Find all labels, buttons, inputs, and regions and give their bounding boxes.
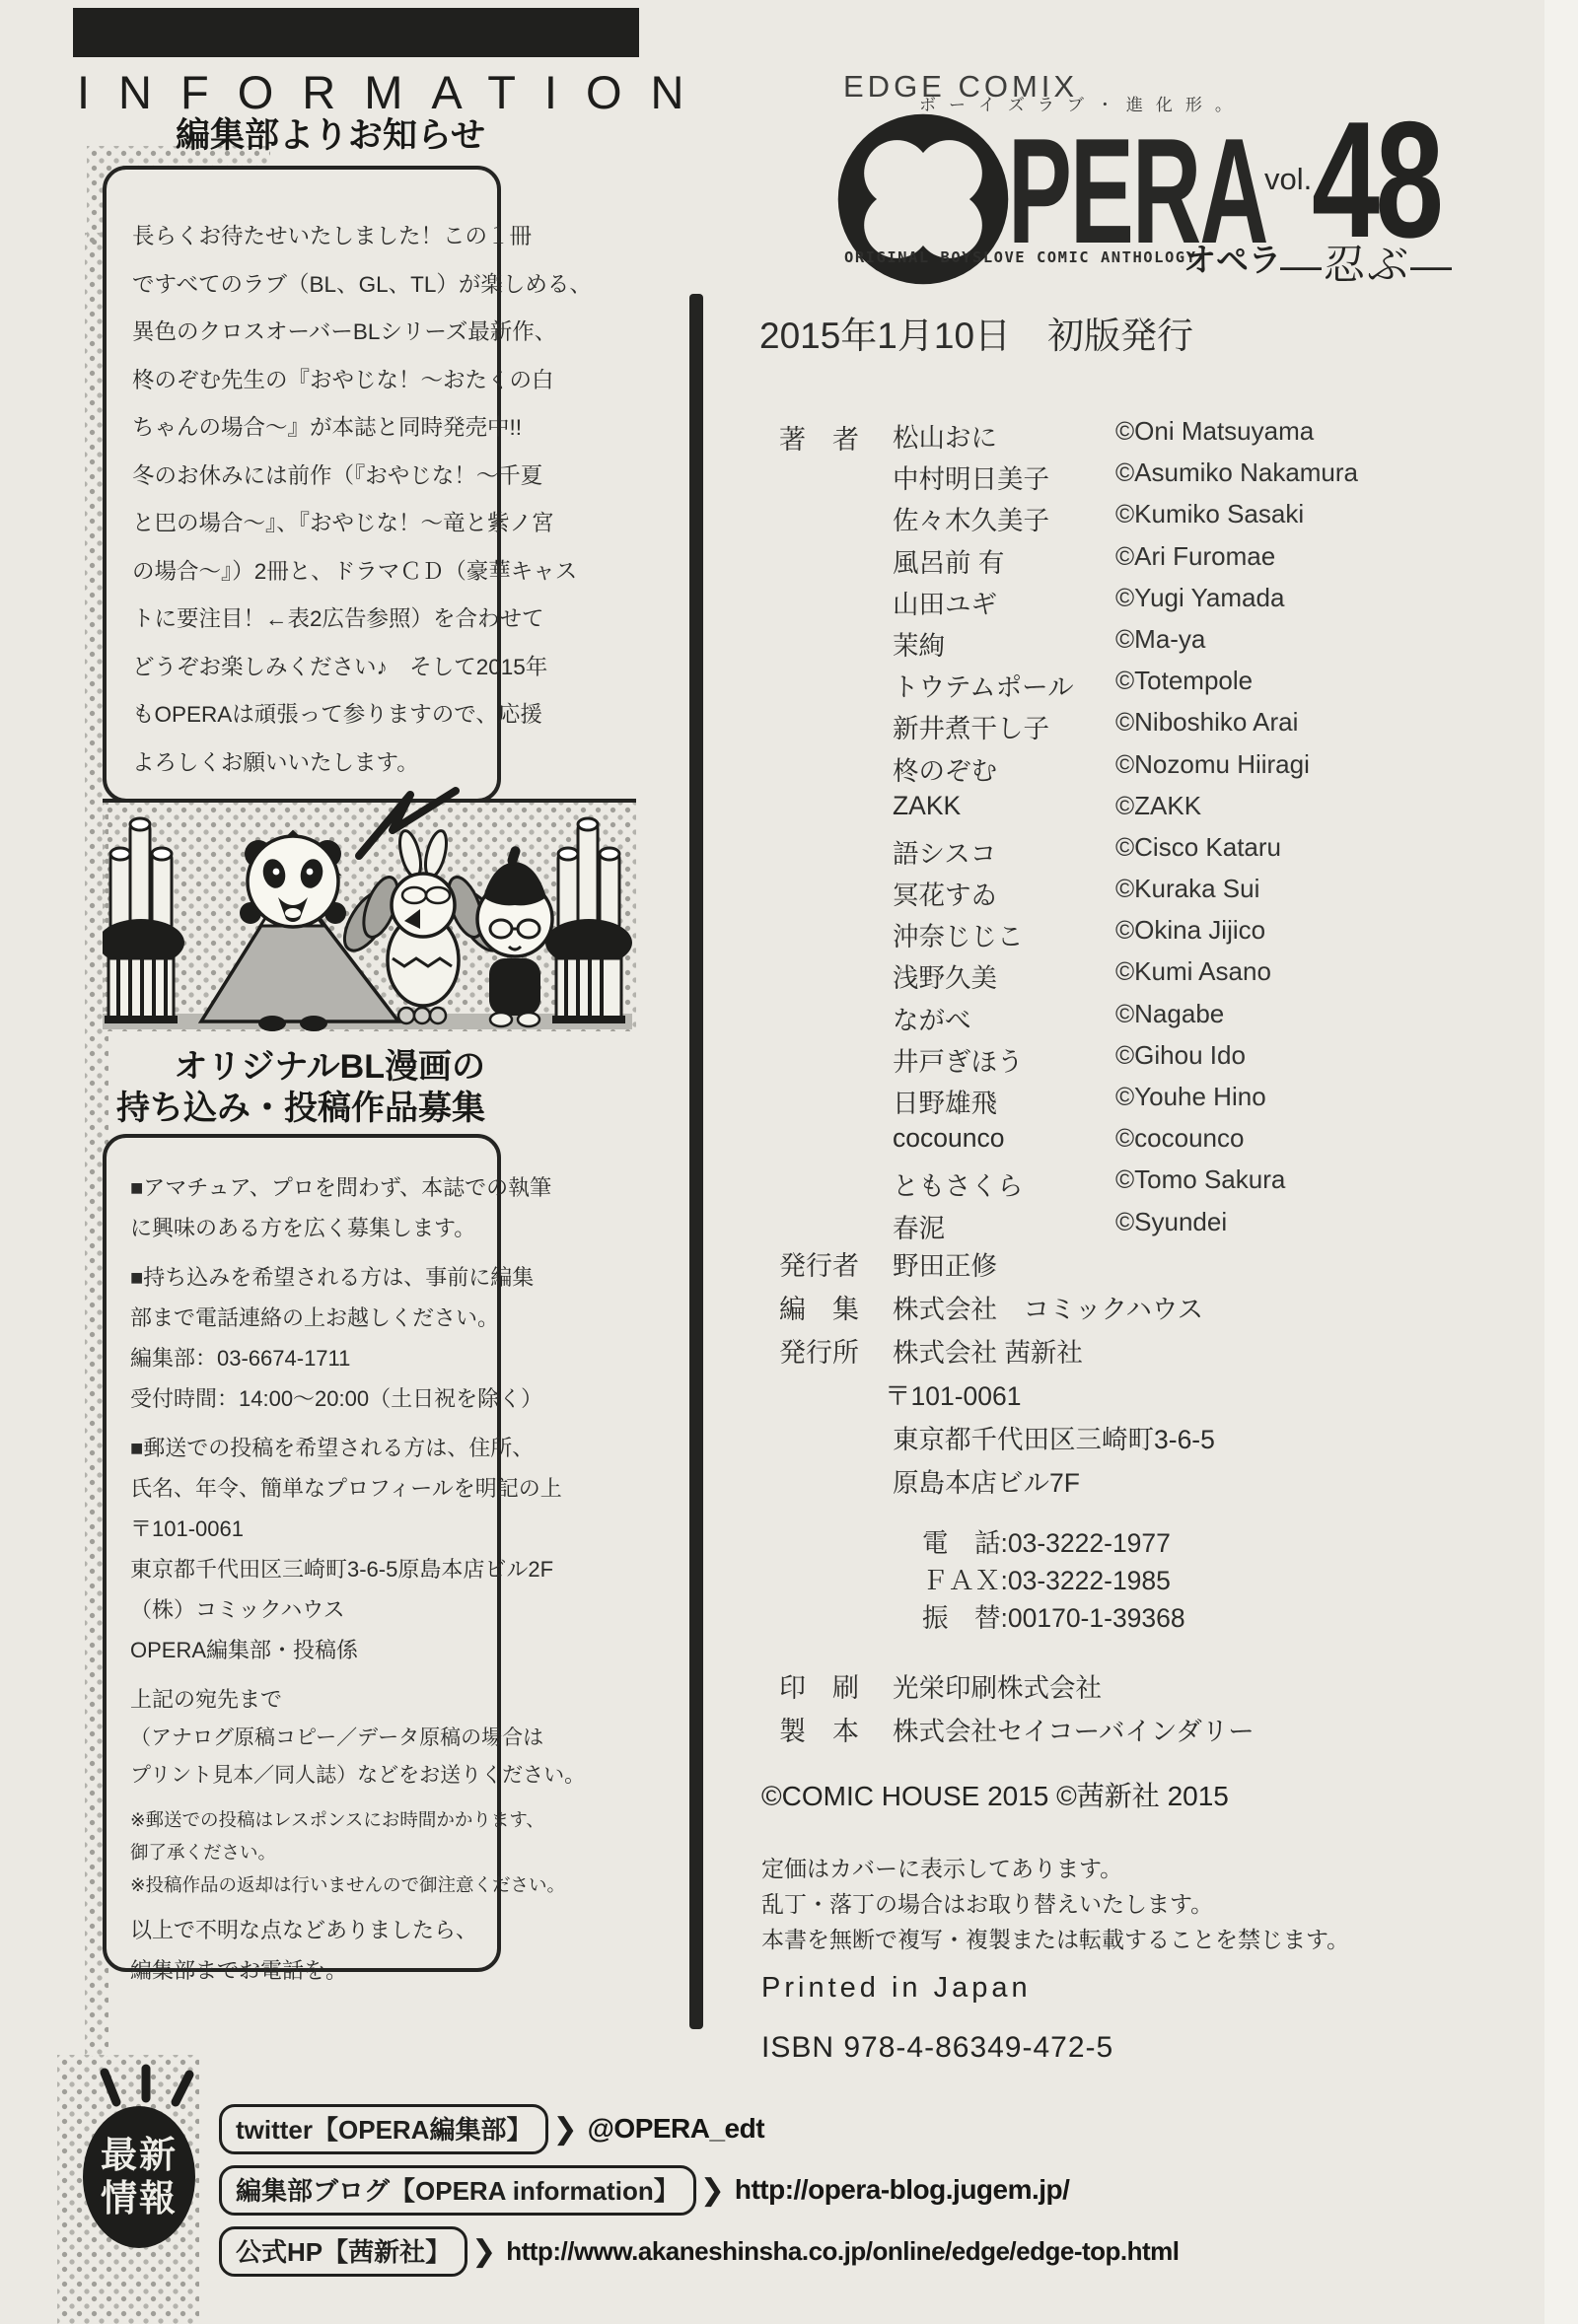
recruit-line: ■郵送での投稿を希望される方は、住所、 [130,1428,483,1468]
notice-line: と巴の場合～』、『おやじな！～竜と紫ノ宮 [132,500,481,548]
author-credit: ©Cisco Kataru [1115,832,1281,863]
publisher-name: 野田正修 [893,1244,997,1283]
notice-line: 長らくお待たせいたしました！この１冊 [132,213,481,261]
recruit-line: 編集部：03-6674-1711 [130,1338,483,1378]
author-name: 井戸ぎほう [893,1040,1115,1079]
author-name: 山田ユギ [893,583,1115,621]
footer-links: twitter【OPERA編集部】 @OPERA_edt 編集部ブログ【OPER… [219,2100,1180,2280]
author-row: 佐々木久美子©Kumiko Sasaki [893,499,1484,540]
author-credit: ©Niboshiko Arai [1115,707,1298,738]
author-credit: ©Kuraka Sui [1115,874,1259,904]
author-row: ZAKK©ZAKK [893,791,1484,832]
author-name: 語シスコ [893,832,1115,871]
binding-label: 製 本 [779,1710,859,1748]
speech-tail [353,785,481,864]
giro-number: 振 替:00170-1-39368 [922,1596,1185,1635]
author-name: ながべ [893,999,1115,1037]
authors-list: 松山おに©Oni Matsuyama 中村明日美子©Asumiko Nakamu… [893,416,1484,1248]
latest-info-badge: 最新 情報 [83,2106,195,2248]
author-name: 冥花すゐ [893,874,1115,912]
recruit-line: 編集部までお電話を。 [130,1950,483,1991]
author-row: 柊のぞむ©Nozomu Hiiragi [893,749,1484,791]
recruit-line: 部まで電話連絡の上お越しください。 [130,1298,483,1338]
author-credit: ©Totempole [1115,666,1253,696]
author-row: 日野雄飛©Youhe Hino [893,1082,1484,1123]
author-name: 松山おに [893,416,1115,455]
author-credit: ©Asumiko Nakamura [1115,458,1358,488]
notice-line: ですべてのラブ（BL、GL、TL）が楽しめる、 [132,261,481,310]
arrow-icon [552,2112,577,2147]
author-credit: ©Tomo Sakura [1115,1164,1285,1195]
phone-number: 電 話:03-3222-1977 [922,1521,1171,1560]
issuer-postal: 〒101-0061 [885,1374,1022,1413]
author-row: トウテムポール©Totempole [893,666,1484,707]
author-name: cocounco [893,1123,1115,1154]
blog-row: 編集部ブログ【OPERA information】 http://opera-b… [219,2161,1180,2218]
notice-line: よろしくお願いいたします。 [132,739,481,788]
burst-icon [95,2063,203,2110]
opera-kana: オペラ [1183,235,1281,281]
arrow-icon [471,2234,496,2269]
author-credit: ©Kumi Asano [1115,956,1271,987]
printing-name: 光栄印刷株式会社 [893,1666,1102,1705]
notice-line: 冬のお休みには前作（『おやじな！～千夏 [132,453,481,501]
legal-line-2: 乱丁・落丁の場合はお取り替えいたします。 [761,1886,1213,1919]
notice-line: 異色のクロスオーバーBLシリーズ最新作、 [132,309,481,357]
author-row: 新井煮干し子©Niboshiko Arai [893,707,1484,748]
recruit-line: 受付時間：14:00～20:00（土日祝を除く） [130,1378,483,1419]
kadomatsu-left [103,818,184,1023]
recruit-line: プリント見本／同人誌）などをお送りください。 [130,1757,483,1795]
recruit-line: （株）コミックハウス [130,1589,483,1630]
author-row: 中村明日美子©Asumiko Nakamura [893,458,1484,499]
top-black-bar [73,8,639,57]
column-divider [689,294,703,2029]
blog-label: 編集部ブログ【OPERA information】 [219,2165,696,2216]
anthology-tagline: ORIGINAL BOYSLOVE COMIC ANTHOLOGY [844,248,1196,266]
author-credit: ©Nagabe [1115,999,1224,1029]
author-name: 春泥 [893,1207,1115,1245]
author-name: ともさくら [893,1164,1115,1203]
colophon-page: INFORMATION 編集部よりお知らせ 長らくお待たせいたしました！この１冊… [0,0,1578,2324]
recruit-line: ※投稿作品の返却は行いませんので御注意ください。 [130,1868,483,1901]
author-row: 沖奈じじこ©Okina Jijico [893,915,1484,956]
author-credit: ©Oni Matsuyama [1115,416,1314,447]
printing-label: 印 刷 [779,1666,859,1705]
author-row: ながべ©Nagabe [893,999,1484,1040]
printed-in-japan: Printed in Japan [761,1972,1032,2005]
author-name: 日野雄飛 [893,1082,1115,1120]
badge-line-2: 情報 [101,2177,178,2220]
editing-name: 株式会社 コミックハウス [893,1288,1203,1326]
isbn: ISBN 978-4-86349-472-5 [761,2031,1113,2065]
author-row: ともさくら©Tomo Sakura [893,1164,1484,1206]
author-row: 冥花すゐ©Kuraka Sui [893,874,1484,915]
twitter-row: twitter【OPERA編集部】 @OPERA_edt [219,2100,1180,2157]
recruit-line: に興味のある方を広く募集します。 [130,1208,483,1248]
author-name: 中村明日美子 [893,458,1115,496]
eggplant-mascot [477,845,552,1026]
author-name: 茉絢 [893,624,1115,663]
author-credit: ©Youhe Hino [1115,1082,1266,1112]
issuer-address-2: 原島本店ビル7F [893,1461,1080,1500]
author-credit: ©Gihou Ido [1115,1040,1246,1071]
author-credit: ©ZAKK [1115,791,1201,821]
author-row: 山田ユギ©Yugi Yamada [893,583,1484,624]
author-row: 井戸ぎほう©Gihou Ido [893,1040,1484,1082]
recruit-title-line2: 持ち込み・投稿作品募集 [99,1081,485,1129]
twitter-label: twitter【OPERA編集部】 [219,2104,548,2154]
author-credit: ©cocounco [1115,1123,1244,1154]
recruit-line: ■アマチュア、プロを問わず、本誌での執筆 [130,1167,483,1208]
recruit-line: 御了承ください。 [130,1836,483,1868]
issuer-name: 株式会社 茜新社 [893,1331,1083,1370]
author-name: 風呂前 有 [893,541,1115,580]
notice-line: もOPERAは頑張って参りますので、応援 [132,691,481,739]
scan-edge [1544,0,1578,2324]
recruit-line: ■持ち込みを希望される方は、事前に編集 [130,1257,483,1298]
author-credit: ©Yugi Yamada [1115,583,1284,613]
fax-number: ＦＡＸ:03-3222-1985 [922,1559,1171,1597]
notice-line: の場合～』）2冊と、ドラマＣＤ（豪華キャス [132,548,481,597]
official-site-url: http://www.akaneshinsha.co.jp/online/edg… [506,2236,1179,2267]
badge-line-1: 最新 [101,2134,178,2177]
copyright-line: ©COMIC HOUSE 2015 ©茜新社 2015 [761,1775,1229,1814]
recruit-line: 氏名、年令、簡単なプロフィールを明記の上 [130,1468,483,1509]
issuer-address-1: 東京都千代田区三崎町3-6-5 [893,1418,1215,1456]
recruit-line: OPERA編集部・投稿係 [130,1630,483,1670]
author-credit: ©Ari Furomae [1115,541,1275,572]
author-credit: ©Nozomu Hiiragi [1115,749,1310,780]
recruit-line: 東京都千代田区三崎町3-6-5原島本店ビル2F [130,1549,483,1589]
author-credit: ©Ma-ya [1115,624,1205,655]
author-name: トウテムポール [893,666,1115,704]
legal-line-3: 本書を無断で複写・複製または転載することを禁じます。 [761,1922,1349,1954]
recruit-line: ※郵送での投稿はレスポンスにお時間かかります、 [130,1803,483,1836]
author-row: 春泥©Syundei [893,1207,1484,1248]
author-name: ZAKK [893,791,1115,821]
notice-line: トに要注目！←表2広告参照）を合わせて [132,596,481,644]
author-credit: ©Syundei [1115,1207,1227,1237]
author-name: 佐々木久美子 [893,499,1115,537]
author-name: 浅野久美 [893,956,1115,995]
author-row: 松山おに©Oni Matsuyama [893,416,1484,458]
recruit-line: （アナログ原稿コピー／データ原稿の場合は [130,1720,483,1757]
author-name: 沖奈じじこ [893,915,1115,953]
blog-url: http://opera-blog.jugem.jp/ [735,2174,1070,2206]
notice-box: 長らくお待たせいたしました！この１冊 ですべてのラブ（BL、GL、TL）が楽しめ… [103,166,501,803]
volume-label: vol. [1264,162,1312,197]
authors-label: 著 者 [779,418,859,457]
official-site-label: 公式HP【茜新社】 [219,2226,467,2277]
author-credit: ©Kumiko Sasaki [1115,499,1304,529]
binding-name: 株式会社セイコーバインダリー [893,1710,1255,1748]
recruit-line: 以上で不明な点などありましたら、 [130,1910,483,1950]
recruit-line: 〒101-0061 [130,1509,483,1549]
publisher-label: 発行者 [779,1244,859,1283]
author-row: 語シスコ©Cisco Kataru [893,832,1484,874]
notice-line: 柊のぞむ先生の『おやじな！～おたくの白 [132,357,481,405]
official-site-row: 公式HP【茜新社】 http://www.akaneshinsha.co.jp/… [219,2222,1180,2280]
issuer-label: 発行所 [779,1331,859,1370]
author-row: 風呂前 有©Ari Furomae [893,541,1484,583]
author-row: cocounco©cocounco [893,1123,1484,1164]
notice-title: 編集部よりお知らせ [118,108,485,158]
notice-line: どうぞお楽しみください♪ そして2015年 [132,644,481,692]
author-row: 茉絢©Ma-ya [893,624,1484,666]
recruit-box: ■アマチュア、プロを問わず、本誌での執筆 に興味のある方を広く募集します。 ■持… [103,1134,501,1972]
author-row: 浅野久美©Kumi Asano [893,956,1484,998]
author-name: 新井煮干し子 [893,707,1115,745]
editing-label: 編 集 [779,1288,859,1326]
recruit-line: 上記の宛先まで [130,1679,483,1720]
arrow-icon [700,2173,725,2208]
author-name: 柊のぞむ [893,749,1115,788]
twitter-handle: @OPERA_edt [588,2113,764,2145]
edition-date: 2015年1月10日 初版発行 [759,306,1193,359]
author-credit: ©Okina Jijico [1115,915,1265,946]
volume-subtitle: ―忍ぶ― [1280,233,1454,292]
notice-line: ちゃんの場合～』が本誌と同時発売中!! [132,404,481,453]
legal-line-1: 定価はカバーに表示してあります。 [761,1851,1122,1883]
kadomatsu-right [545,818,632,1023]
